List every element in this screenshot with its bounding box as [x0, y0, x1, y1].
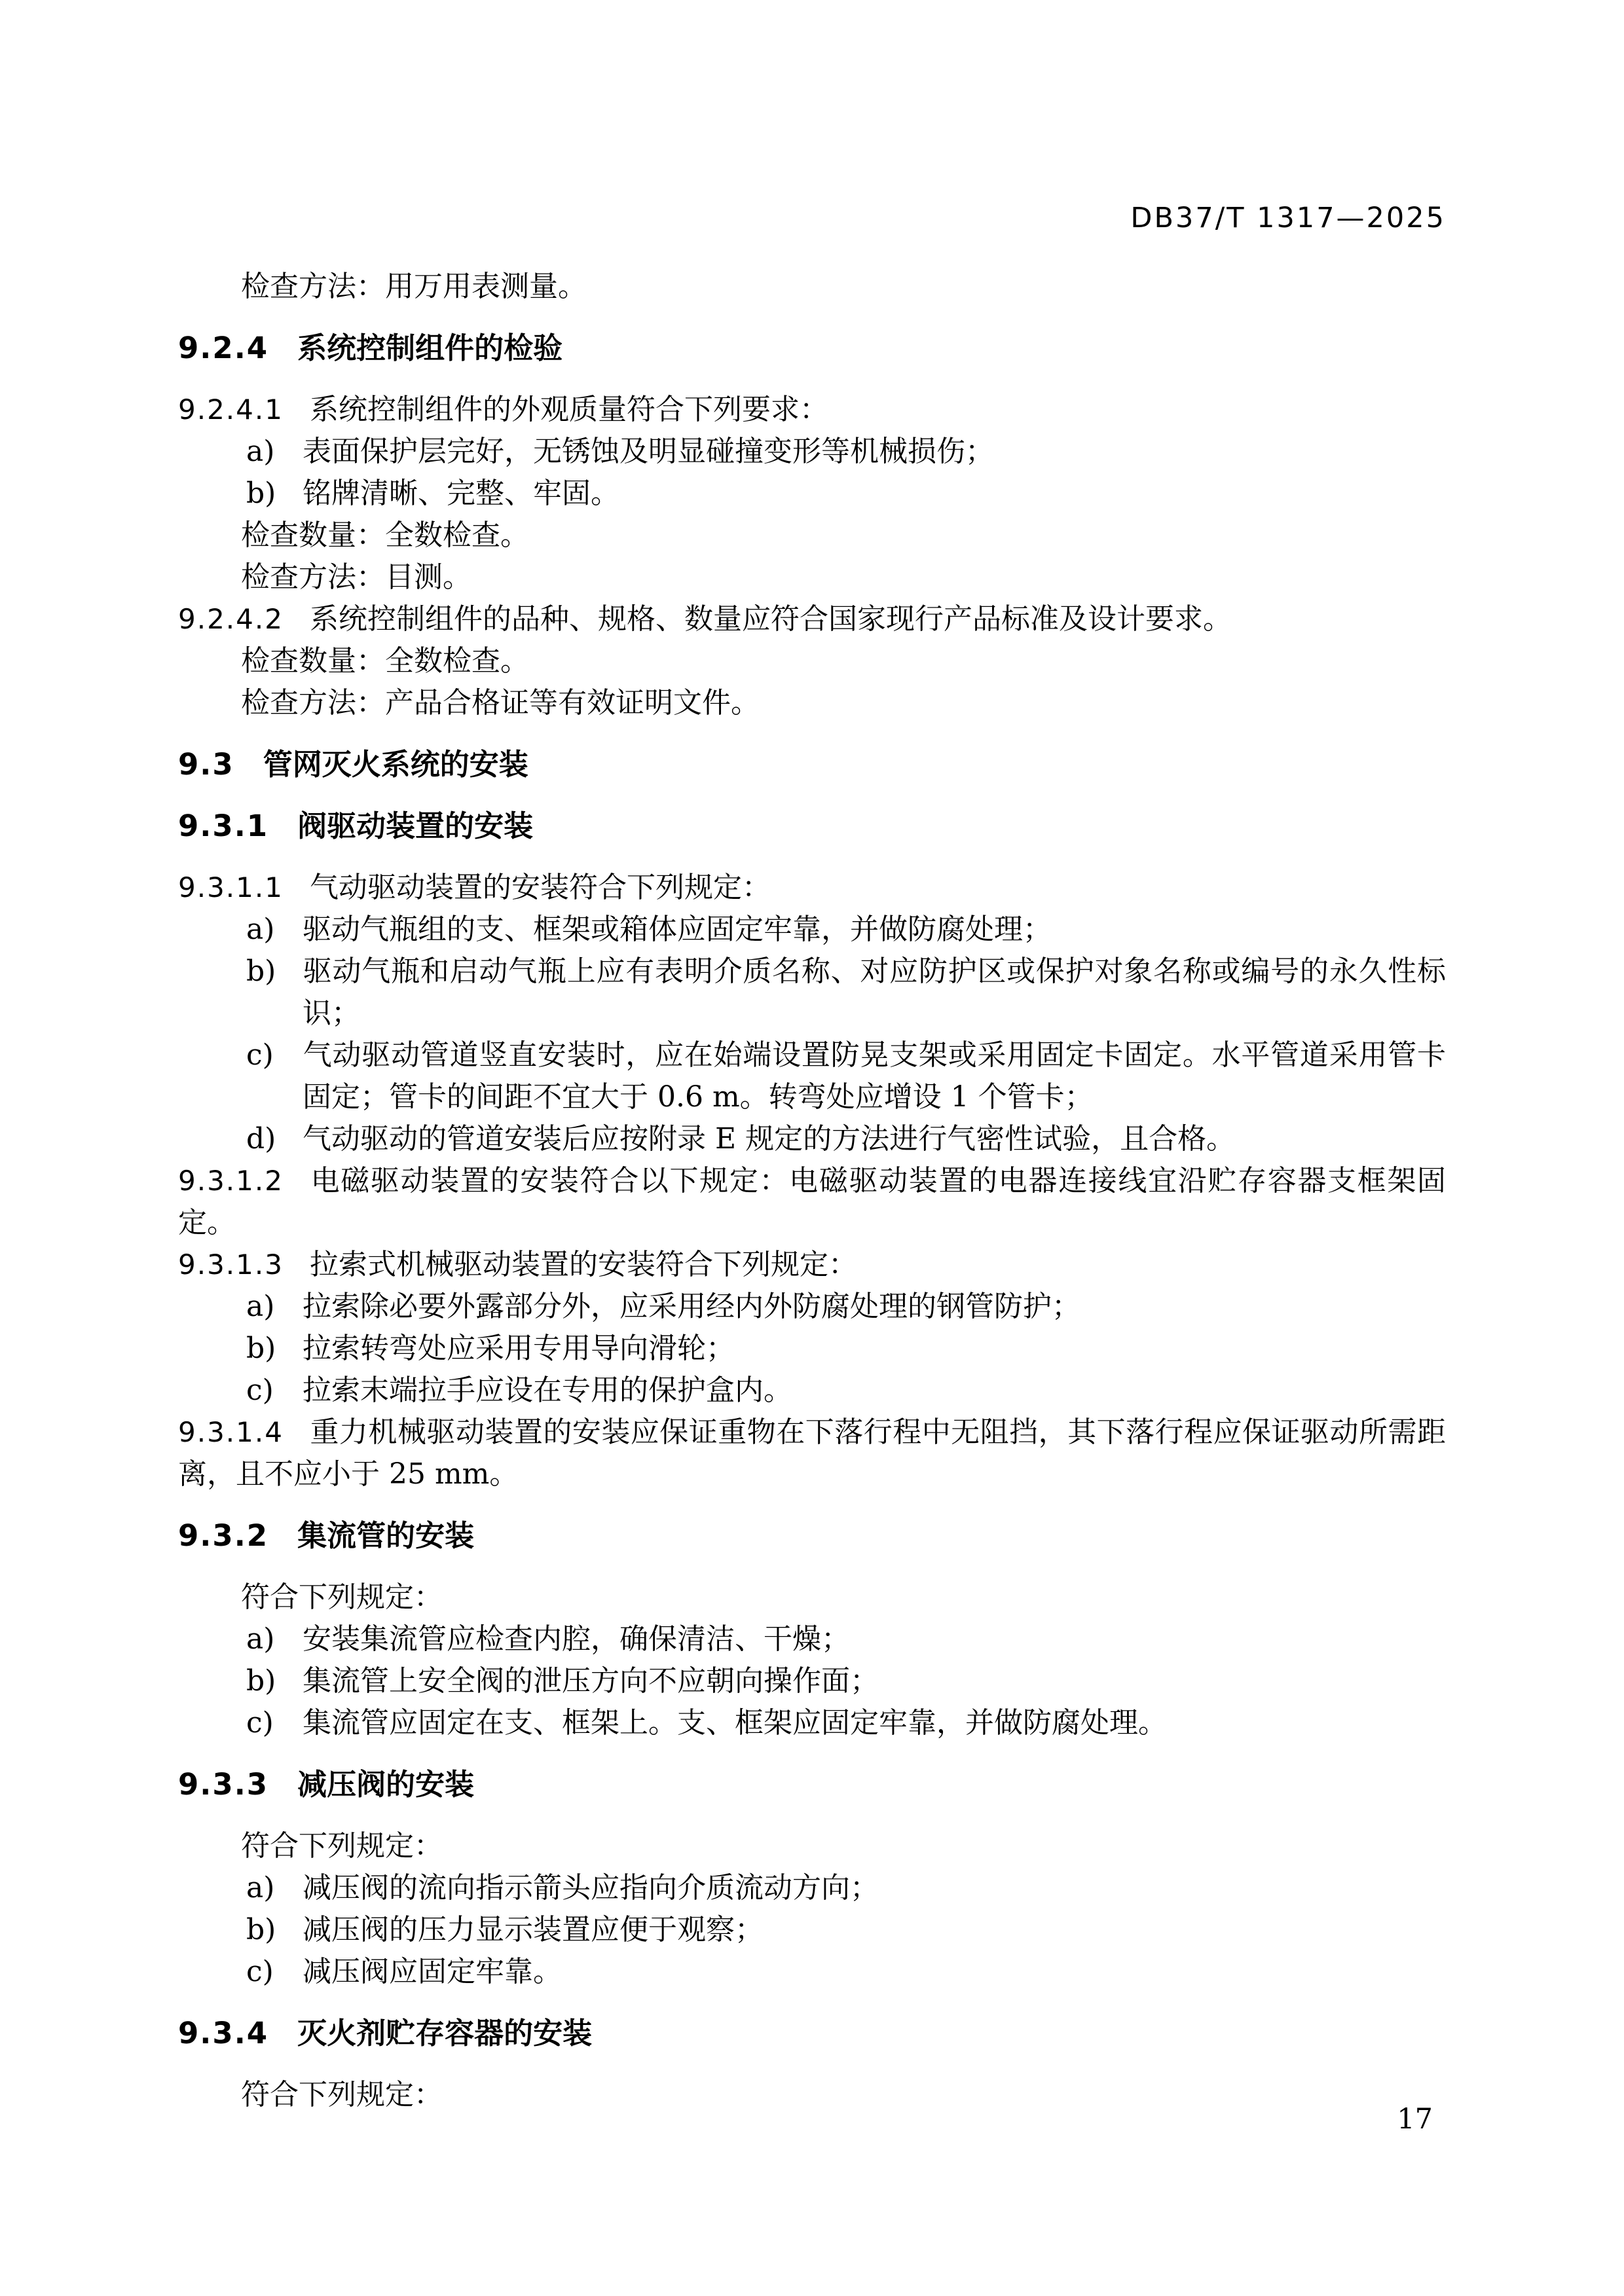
list-item-marker: a) [246, 1618, 303, 1660]
paragraph: 检查数量：全数检查。 [178, 640, 1446, 682]
clause-number: 9.2.4.2 [178, 603, 284, 635]
list-item-marker: d) [246, 1118, 303, 1160]
clause-heading: 9.3.1阀驱动装置的安装 [178, 805, 1446, 847]
list-item-marker: c) [246, 1951, 303, 1993]
clause-title: 阀驱动装置的安装 [297, 809, 533, 843]
clause-number: 9.3 [178, 747, 234, 782]
clause-number: 9.3.4 [178, 2016, 268, 2050]
clause-text: 气动驱动装置的安装符合下列规定： [310, 871, 771, 904]
list-item: a)驱动气瓶组的支、框架或箱体应固定牢靠，并做防腐处理； [178, 909, 1446, 951]
clause-paragraph: 9.2.4.1系统控制组件的外观质量符合下列要求： [178, 389, 1446, 431]
list-item-text: 拉索除必要外露部分外，应采用经内外防腐处理的钢管防护； [303, 1290, 1080, 1323]
clause-number: 9.3.1.2 [178, 1165, 284, 1197]
list-item-marker: c) [246, 1034, 303, 1076]
list-item-text: 集流管上安全阀的泄压方向不应朝向操作面； [303, 1664, 879, 1698]
clause-number: 9.3.3 [178, 1767, 268, 1802]
list-item: c)集流管应固定在支、框架上。支、框架应固定牢靠，并做防腐处理。 [178, 1702, 1446, 1744]
clause-title: 管网灭火系统的安装 [263, 747, 528, 782]
list-item: b)驱动气瓶和启动气瓶上应有表明介质名称、对应防护区或保护对象名称或编号的永久性… [178, 951, 1446, 1034]
clause-paragraph: 9.2.4.2系统控制组件的品种、规格、数量应符合国家现行产品标准及设计要求。 [178, 598, 1446, 640]
clause-title: 集流管的安装 [297, 1518, 474, 1553]
document-body: 检查方法：用万用表测量。9.2.4系统控制组件的检验9.2.4.1系统控制组件的… [178, 266, 1446, 2116]
paragraph: 检查方法：产品合格证等有效证明文件。 [178, 682, 1446, 724]
list-item: b)减压阀的压力显示装置应便于观察； [178, 1909, 1446, 1951]
clause-number: 9.3.1.4 [178, 1416, 284, 1448]
list-item: b)铭牌清晰、完整、牢固。 [178, 473, 1446, 515]
list-item: d)气动驱动的管道安装后应按附录 E 规定的方法进行气密性试验，且合格。 [178, 1118, 1446, 1160]
list-item-text: 拉索转弯处应采用专用导向滑轮； [303, 1332, 735, 1365]
clause-number: 9.3.1.1 [178, 871, 284, 903]
list-item-marker: a) [246, 1867, 303, 1909]
paragraph: 符合下列规定： [178, 1576, 1446, 1618]
clause-number: 9.3.1 [178, 809, 268, 843]
clause-heading: 9.3管网灭火系统的安装 [178, 744, 1446, 786]
clause-number: 9.3.1.3 [178, 1248, 284, 1281]
list-item-text: 集流管应固定在支、框架上。支、框架应固定牢靠，并做防腐处理。 [303, 1706, 1167, 1740]
list-item: c)气动驱动管道竖直安装时，应在始端设置防晃支架或采用固定卡固定。水平管道采用管… [178, 1034, 1446, 1118]
paragraph: 符合下列规定： [178, 1825, 1446, 1867]
list-item: b)集流管上安全阀的泄压方向不应朝向操作面； [178, 1660, 1446, 1702]
clause-heading: 9.2.4系统控制组件的检验 [178, 327, 1446, 369]
list-item-text: 减压阀应固定牢靠。 [303, 1955, 562, 1988]
paragraph: 检查方法：用万用表测量。 [178, 266, 1446, 308]
paragraph: 检查数量：全数检查。 [178, 515, 1446, 556]
list-item-text: 拉索末端拉手应设在专用的保护盒内。 [303, 1374, 792, 1407]
list-item: c)拉索末端拉手应设在专用的保护盒内。 [178, 1370, 1446, 1412]
paragraph: 符合下列规定： [178, 2074, 1446, 2116]
list-item: b)拉索转弯处应采用专用导向滑轮； [178, 1328, 1446, 1370]
clause-heading: 9.3.3减压阀的安装 [178, 1764, 1446, 1806]
paragraph: 检查方法：目测。 [178, 556, 1446, 598]
list-item-marker: a) [246, 909, 303, 951]
list-item: a)拉索除必要外露部分外，应采用经内外防腐处理的钢管防护； [178, 1286, 1446, 1328]
clause-paragraph: 9.3.1.4重力机械驱动装置的安装应保证重物在下落行程中无阻挡，其下落行程应保… [178, 1412, 1446, 1495]
list-item-text: 减压阀的压力显示装置应便于观察； [303, 1913, 764, 1946]
list-item-text: 驱动气瓶组的支、框架或箱体应固定牢靠，并做防腐处理； [303, 913, 1052, 946]
clause-number: 9.2.4.1 [178, 393, 284, 426]
clause-heading: 9.3.4灭火剂贮存容器的安装 [178, 2013, 1446, 2054]
list-item-text: 表面保护层完好，无锈蚀及明显碰撞变形等机械损伤； [303, 435, 994, 468]
list-item-marker: c) [246, 1702, 303, 1744]
list-item-text: 减压阀的流向指示箭头应指向介质流动方向； [303, 1871, 879, 1904]
list-item-text: 安装集流管应检查内腔，确保清洁、干燥； [303, 1622, 850, 1656]
list-item: a)表面保护层完好，无锈蚀及明显碰撞变形等机械损伤； [178, 431, 1446, 473]
document-page: DB37/T 1317—2025 检查方法：用万用表测量。9.2.4系统控制组件… [0, 0, 1624, 2296]
list-item-marker: b) [246, 1909, 303, 1951]
list-item-marker: b) [246, 1328, 303, 1370]
clause-title: 灭火剂贮存容器的安装 [297, 2016, 592, 2050]
clause-number: 9.2.4 [178, 331, 268, 365]
clause-number: 9.3.2 [178, 1518, 268, 1553]
clause-paragraph: 9.3.1.1气动驱动装置的安装符合下列规定： [178, 867, 1446, 909]
standard-number-header: DB37/T 1317—2025 [178, 202, 1446, 234]
list-item-marker: a) [246, 431, 303, 473]
list-item-marker: c) [246, 1370, 303, 1412]
clause-text: 电磁驱动装置的安装符合以下规定：电磁驱动装置的电器连接线宜沿贮存容器支框架固定。 [178, 1164, 1446, 1239]
list-item: a)减压阀的流向指示箭头应指向介质流动方向； [178, 1867, 1446, 1909]
clause-title: 系统控制组件的检验 [297, 331, 563, 365]
clause-text: 系统控制组件的外观质量符合下列要求： [310, 393, 828, 426]
list-item-marker: a) [246, 1286, 303, 1328]
list-item: a)安装集流管应检查内腔，确保清洁、干燥； [178, 1618, 1446, 1660]
list-item: c)减压阀应固定牢靠。 [178, 1951, 1446, 1993]
list-item-text: 气动驱动管道竖直安装时，应在始端设置防晃支架或采用固定卡固定。水平管道采用管卡固… [303, 1038, 1446, 1114]
clause-title: 减压阀的安装 [297, 1767, 474, 1802]
list-item-text: 气动驱动的管道安装后应按附录 E 规定的方法进行气密性试验，且合格。 [303, 1122, 1235, 1156]
page-number: 17 [1397, 2103, 1433, 2136]
list-item-marker: b) [246, 1660, 303, 1702]
clause-text: 拉索式机械驱动装置的安装符合下列规定： [310, 1248, 857, 1281]
list-item-text: 驱动气瓶和启动气瓶上应有表明介质名称、对应防护区或保护对象名称或编号的永久性标识… [303, 955, 1446, 1030]
clause-paragraph: 9.3.1.2电磁驱动装置的安装符合以下规定：电磁驱动装置的电器连接线宜沿贮存容… [178, 1160, 1446, 1244]
clause-text: 系统控制组件的品种、规格、数量应符合国家现行产品标准及设计要求。 [310, 602, 1232, 636]
clause-text: 重力机械驱动装置的安装应保证重物在下落行程中无阻挡，其下落行程应保证驱动所需距离… [178, 1415, 1446, 1491]
clause-paragraph: 9.3.1.3拉索式机械驱动装置的安装符合下列规定： [178, 1244, 1446, 1286]
list-item-text: 铭牌清晰、完整、牢固。 [303, 477, 619, 510]
list-item-marker: b) [246, 951, 303, 993]
list-item-marker: b) [246, 473, 303, 515]
clause-heading: 9.3.2集流管的安装 [178, 1515, 1446, 1557]
